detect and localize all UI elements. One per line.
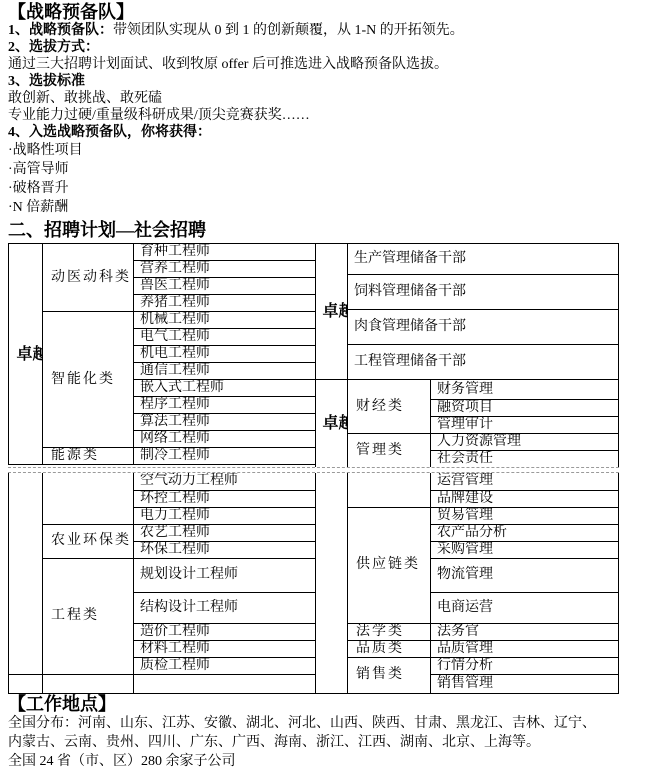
section-title-strategic-reserve: 【战略预备队】	[8, 2, 658, 22]
table-row: 工程管理储备干部	[316, 345, 619, 380]
category-cell-intelligent: 智能化类	[43, 312, 134, 448]
category-cell-management: 管理类	[348, 434, 431, 468]
job-cell: 电气工程师	[134, 329, 316, 346]
job-cell: 空气动力工程师	[134, 473, 316, 490]
table-row: 空气动力工程师 运营管理	[9, 473, 619, 490]
table-row: 销售管理	[9, 674, 619, 693]
job-cell: 销售管理	[431, 674, 619, 693]
table-row: 能源类 制冷工程师	[9, 448, 316, 465]
group-label-partner: 卓越合伙人	[323, 301, 341, 323]
point-1-line: 1、战略预备队：带领团队实现从 0 到 1 的创新颠覆，从 1-N 的开拓领先。	[8, 22, 658, 39]
table-row: 饲料管理储备干部	[316, 275, 619, 310]
job-cell: 饲料管理储备干部	[348, 275, 619, 310]
point-3-label: 3、选拔标准	[8, 74, 85, 89]
job-cell: 农产品分析	[431, 524, 619, 541]
recruitment-table: 卓越工程师 动医动科类 育种工程师 营养工程师 兽医工程师 养猪工程师 智能化类…	[8, 243, 620, 694]
job-cell: 农艺工程师	[134, 524, 316, 541]
category-cell-energy: 能源类	[43, 448, 134, 465]
point-3-criteria-2: 专业能力过硬/重量级科研成果/顶尖竞赛获奖……	[8, 107, 658, 124]
engineer-table-page1: 卓越工程师 动医动科类 育种工程师 营养工程师 兽医工程师 养猪工程师 智能化类…	[8, 243, 316, 465]
job-cell: 育种工程师	[134, 244, 316, 261]
job-cell: 造价工程师	[134, 623, 316, 640]
job-cell: 算法工程师	[134, 414, 316, 431]
job-cell: 制冷工程师	[134, 448, 316, 465]
point-1-text: 带领团队实现从 0 到 1 的创新颠覆，从 1-N 的开拓领先。	[113, 23, 464, 38]
work-location-section: 【工作地点】 全国分布：河南、山东、江苏、安徽、湖北、河北、山西、陕西、甘肃、黑…	[8, 694, 658, 771]
group-label-operator: 卓越经营	[323, 414, 341, 434]
job-cell: 运营管理	[431, 473, 619, 490]
job-cell: 机电工程师	[134, 346, 316, 363]
table-row: 管理类 人力资源管理	[316, 434, 619, 451]
group-cell-partner: 卓越合伙人	[316, 244, 348, 380]
table-page2: 空气动力工程师 运营管理 环控工程师 品牌建设 电力工程师 供应链类 贸易管理 …	[8, 473, 619, 694]
job-cell: 通信工程师	[134, 363, 316, 380]
job-cell: 营养工程师	[134, 261, 316, 278]
table-row: 智能化类 机械工程师	[9, 312, 316, 329]
job-cell: 质检工程师	[134, 657, 316, 674]
job-cell: 规划设计工程师	[134, 558, 316, 592]
point-3-criteria-1: 敢创新、敢挑战、敢死磕	[8, 90, 658, 107]
category-cell-agri-environment: 农业环保类	[43, 524, 134, 558]
right-category-cell-continued	[348, 473, 431, 507]
job-cell: 材料工程师	[134, 640, 316, 657]
point-2-line: 2、选拔方式：	[8, 39, 658, 56]
group-cell-engineer: 卓越工程师	[9, 244, 43, 465]
category-cell-engineering: 工程类	[43, 558, 134, 674]
job-cell: 电商运营	[431, 592, 619, 623]
job-cell: 品牌建设	[431, 490, 619, 507]
category-cell-supply-chain: 供应链类	[348, 507, 431, 623]
point-2-label: 2、选拔方式：	[8, 40, 99, 55]
job-cell: 网络工程师	[134, 431, 316, 448]
location-subsidiaries-count: 全国 24 省（市、区）280 余家子公司	[8, 752, 658, 771]
job-cell: 养猪工程师	[134, 295, 316, 312]
job-cell: 环保工程师	[134, 541, 316, 558]
job-cell: 行情分析	[431, 657, 619, 674]
benefit-item-promotion: ·破格晋升	[8, 179, 658, 198]
group-cell-continued	[9, 473, 43, 674]
table-row: 卓越工程师 动医动科类 育种工程师	[9, 244, 316, 261]
job-cell: 肉食管理储备干部	[348, 310, 619, 345]
empty-cell	[43, 674, 134, 693]
job-cell: 工程管理储备干部	[348, 345, 619, 380]
table-row: 卓越合伙人 生产管理储备干部	[316, 244, 619, 275]
table-row: 农业环保类 农艺工程师 农产品分析	[9, 524, 619, 541]
group-label-engineer: 卓越工程师	[17, 345, 35, 364]
section-title-work-location: 【工作地点】	[8, 694, 658, 714]
table-page1: 卓越工程师 动医动科类 育种工程师 营养工程师 兽医工程师 养猪工程师 智能化类…	[8, 243, 620, 467]
group-cell-operator: 卓越经营	[316, 380, 348, 468]
job-cell: 机械工程师	[134, 312, 316, 329]
table-row: 工程类 规划设计工程师 物流管理	[9, 558, 619, 592]
job-cell: 嵌入式工程师	[134, 380, 316, 397]
category-cell-continued	[43, 473, 134, 524]
location-distribution-line1: 全国分布：河南、山东、江苏、安徽、湖北、河北、山西、陕西、甘肃、黑龙江、吉林、辽…	[8, 714, 658, 733]
category-cell-animal-science: 动医动科类	[43, 244, 134, 312]
job-cell: 电力工程师	[134, 507, 316, 524]
right-group-cell-continued	[316, 473, 348, 693]
point-3-line: 3、选拔标准	[8, 73, 658, 90]
job-cell: 财务管理	[431, 380, 619, 400]
category-cell-quality: 品质类	[348, 640, 431, 657]
category-cell-sales: 销售类	[348, 657, 431, 693]
point-4-line: 4、入选战略预备队，你将获得：	[8, 124, 658, 141]
job-cell: 社会责任	[431, 451, 619, 468]
strategic-reserve-section: 【战略预备队】 1、战略预备队：带领团队实现从 0 到 1 的创新颠覆，从 1-…	[8, 2, 658, 241]
job-cell: 环控工程师	[134, 490, 316, 507]
job-cell: 兽医工程师	[134, 278, 316, 295]
benefit-item-strategic-project: ·战略性项目	[8, 141, 658, 160]
category-cell-finance: 财经类	[348, 380, 431, 434]
job-cell: 物流管理	[431, 558, 619, 592]
table-row: 肉食管理储备干部	[316, 310, 619, 345]
job-cell: 融资项目	[431, 400, 619, 417]
benefit-item-executive-mentor: ·高管导师	[8, 160, 658, 179]
empty-cell	[9, 674, 43, 693]
job-cell: 品质管理	[431, 640, 619, 657]
location-distribution-line2: 内蒙古、云南、贵州、四川、广东、广西、海南、浙江、江西、湖南、北京、上海等。	[8, 733, 658, 752]
table-row: 卓越经营 财经类 财务管理	[316, 380, 619, 400]
job-cell: 生产管理储备干部	[348, 244, 619, 275]
job-cell: 贸易管理	[431, 507, 619, 524]
job-cell: 人力资源管理	[431, 434, 619, 451]
recruitment-plan-heading: 二、招聘计划—社会招聘	[8, 220, 658, 241]
point-2-text: 通过三大招聘计划面试、收到牧原 offer 后可推选进入战略预备队选拔。	[8, 56, 658, 73]
job-cell: 采购管理	[431, 541, 619, 558]
document-page: 【战略预备队】 1、战略预备队：带领团队实现从 0 到 1 的创新颠覆，从 1-…	[0, 0, 666, 771]
job-cell: 法务官	[431, 623, 619, 640]
job-cell: 管理审计	[431, 417, 619, 434]
partner-table-page1: 卓越合伙人 生产管理储备干部 饲料管理储备干部 肉食管理储备干部 工程管理储备干…	[315, 243, 619, 467]
job-cell: 结构设计工程师	[134, 592, 316, 623]
category-cell-law: 法学类	[348, 623, 431, 640]
point-4-label: 4、入选战略预备队，你将获得：	[8, 125, 211, 140]
point-1-label: 1、战略预备队：	[8, 23, 113, 38]
benefit-item-salary: ·N 倍薪酬	[8, 198, 658, 217]
job-cell: 程序工程师	[134, 397, 316, 414]
empty-cell	[134, 674, 316, 693]
